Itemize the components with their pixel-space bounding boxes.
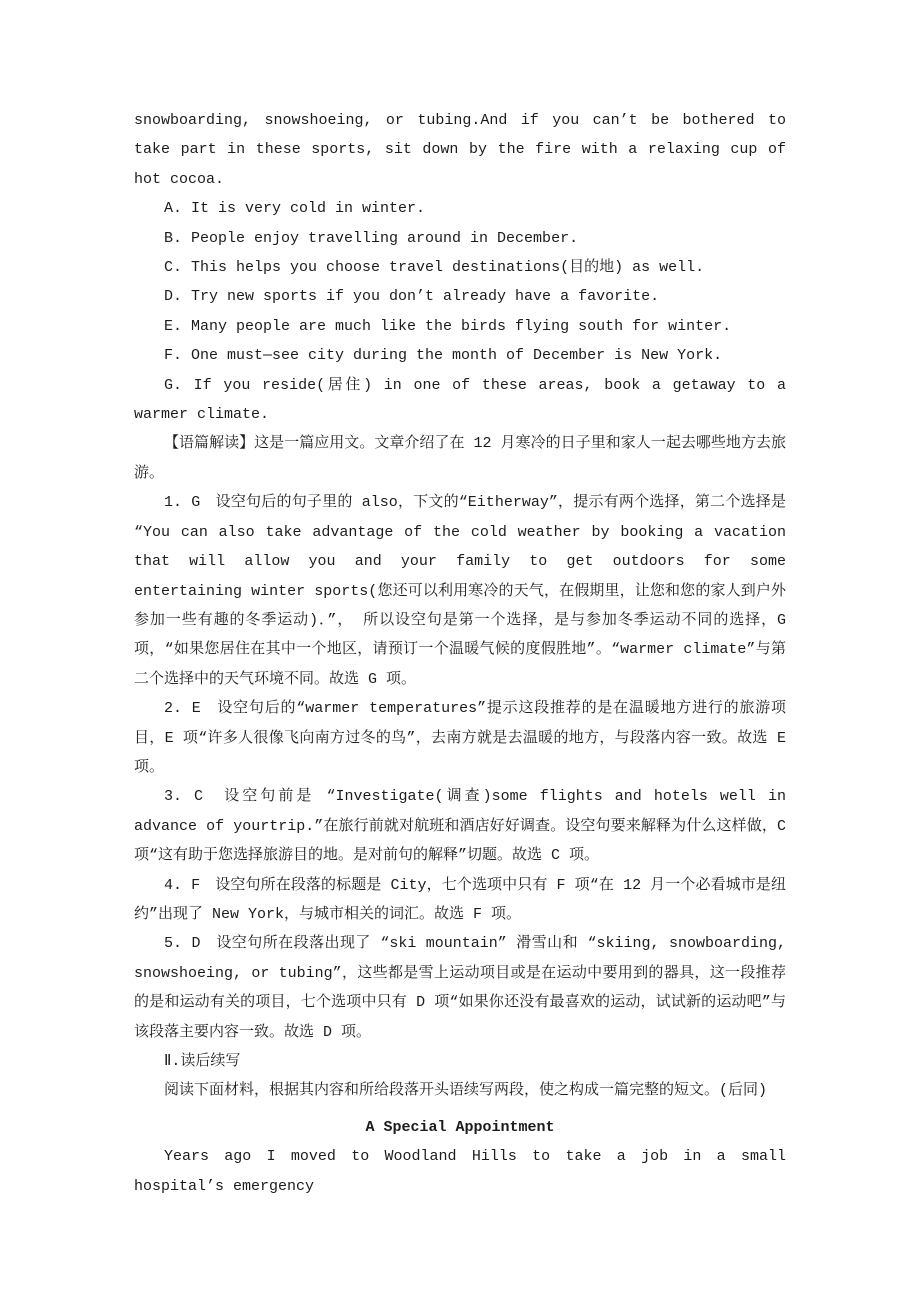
document-page: snowboarding, snowshoeing, or tubing.And… [0, 0, 920, 1302]
body-continuation-paragraph: snowboarding, snowshoeing, or tubing.And… [134, 106, 786, 194]
option-d: D. Try new sports if you don’t already h… [134, 282, 786, 311]
option-b: B. People enjoy travelling around in Dec… [134, 224, 786, 253]
explanation-4: 4. F 设空句所在段落的标题是 City，七个选项中只有 F 项“在 12 月… [134, 871, 786, 930]
explanation-3: 3. C 设空句前是 “Investigate(调查)some flights … [134, 782, 786, 870]
option-c: C. This helps you choose travel destinat… [134, 253, 786, 282]
section-heading-ii: Ⅱ.读后续写 [134, 1047, 786, 1076]
option-g: G. If you reside(居住) in one of these are… [134, 371, 786, 430]
explanation-1: 1. G 设空句后的句子里的 also，下文的“Eitherway”，提示有两个… [134, 488, 786, 694]
option-f: F. One must—see city during the month of… [134, 341, 786, 370]
essay-title: A Special Appointment [134, 1113, 786, 1142]
writing-instruction: 阅读下面材料，根据其内容和所给段落开头语续写两段，使之构成一篇完整的短文。(后同… [134, 1076, 786, 1105]
explanation-5: 5. D 设空句所在段落出现了 “ski mountain” 滑雪山和 “ski… [134, 929, 786, 1047]
explanation-2: 2. E 设空句后的“warmer temperatures”提示这段推荐的是在… [134, 694, 786, 782]
passage-analysis: 【语篇解读】这是一篇应用文。文章介绍了在 12 月寒冷的日子里和家人一起去哪些地… [134, 429, 786, 488]
essay-opening: Years ago I moved to Woodland Hills to t… [134, 1142, 786, 1201]
option-e: E. Many people are much like the birds f… [134, 312, 786, 341]
option-a: A. It is very cold in winter. [134, 194, 786, 223]
